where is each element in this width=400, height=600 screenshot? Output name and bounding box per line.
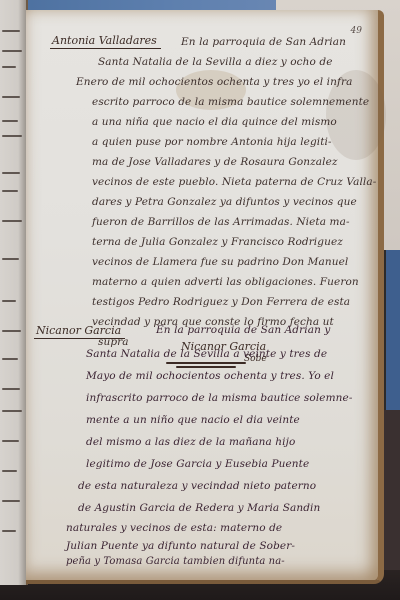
entry-line: Santa Natalia de la Sevilla a veinte y t… [86, 348, 327, 360]
margin-name: Nicanor Garcia [34, 324, 125, 339]
entry-line: dares y Petra Gonzalez ya difuntos y vec… [92, 196, 357, 208]
entry-line: materno a quien adverti las obligaciones… [92, 276, 359, 288]
register-page: 49 Antonia Valladares En la parroquia de… [26, 10, 384, 584]
entry-line: Julian Puente ya difunto natural de Sobe… [66, 540, 295, 552]
blue-cloth-background-right [386, 250, 400, 410]
entry-line: infrascrito parroco de la misma bautice … [86, 392, 353, 404]
entry-line: En la parroquia de San Adrian [181, 36, 346, 48]
entry-line: de Agustin Garcia de Redera y Maria Sand… [78, 502, 320, 514]
entry-line: Santa Natalia de la Sevilla a diez y och… [98, 56, 333, 68]
signature-flourish [166, 362, 246, 364]
page-number: 49 [351, 26, 362, 36]
entry-line: naturales y vecinos de esta: materno de [66, 522, 282, 534]
entry-line: escrito parroco de la misma bautice sole… [92, 96, 369, 108]
entry-line: peña y Tomasa Garcia tambien difunta na- [66, 556, 285, 567]
entry-line: vecinos de este pueblo. Nieta paterna de… [92, 176, 376, 188]
entry-line: del mismo a las diez de la mañana hijo [86, 436, 295, 448]
entry-line: ma de Jose Valladares y de Rosaura Gonza… [92, 156, 338, 168]
facing-left-page [0, 0, 28, 585]
entry-line: En la parroquia de San Adrian y [156, 324, 330, 336]
signature-flourish [176, 366, 236, 368]
entry-line: a quien puse por nombre Antonia hija leg… [92, 136, 332, 148]
entry-line: Mayo de mil ochocientos ochenta y tres. … [86, 370, 334, 382]
margin-name: Antonia Valladares [50, 34, 161, 49]
entry-line: legitimo de Jose Garcia y Eusebia Puente [86, 458, 309, 470]
entry-line: de esta naturaleza y vecindad nieto pate… [78, 480, 316, 492]
entry-line: mente a un niño que nacio el dia veinte [86, 414, 300, 426]
entry-line: terna de Julia Gonzalez y Francisco Rodr… [92, 236, 343, 248]
entry-line: Enero de mil ochocientos ochenta y tres … [76, 76, 352, 88]
entry-line: fueron de Barrillos de las Arrimadas. Ni… [92, 216, 350, 228]
photo-scene: 49 Antonia Valladares En la parroquia de… [0, 0, 400, 600]
entry-line: vecinos de Llamera fue su padrino Don Ma… [92, 256, 348, 268]
entry-line: a una niña que nacio el dia quince del m… [92, 116, 337, 128]
entry-line: testigos Pedro Rodriguez y Don Ferrera d… [92, 296, 350, 308]
